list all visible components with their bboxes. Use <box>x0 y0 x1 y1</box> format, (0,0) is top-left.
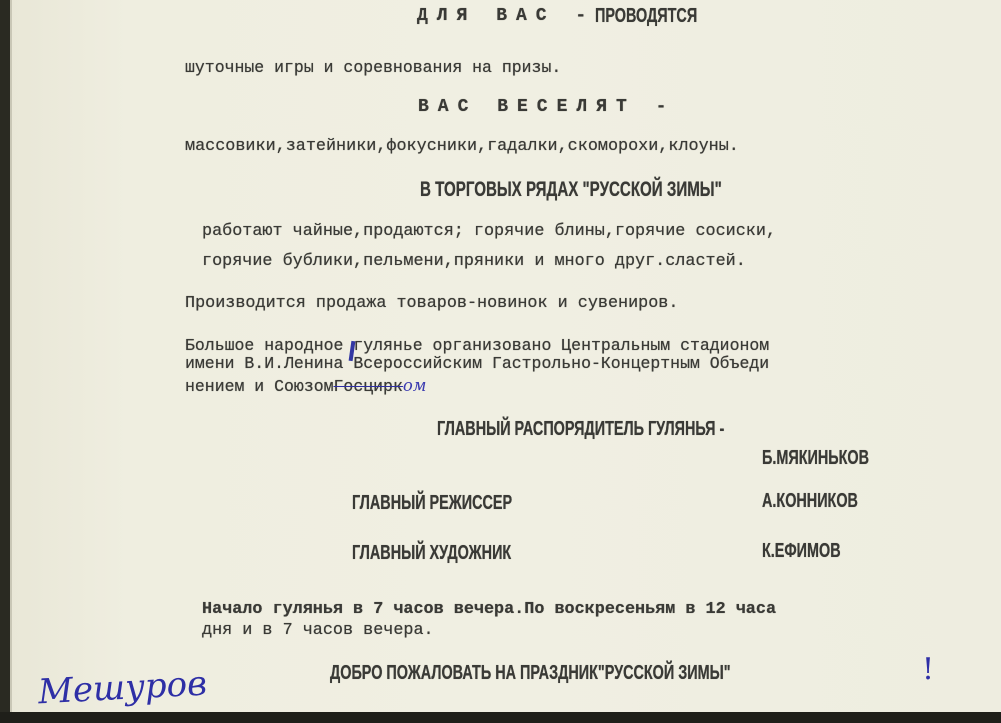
page-margin-edge <box>10 0 12 712</box>
chief-artist-name: К.ЕФИМОВ <box>762 540 841 563</box>
schedule-line-1: Начало гулянья в 7 часов вечера.По воскр… <box>202 600 776 619</box>
handwritten-signature: Мешуров <box>37 664 208 712</box>
games-line: шуточные игры и соревнования на призы. <box>185 58 561 77</box>
chief-director-title: ГЛАВНЫЙ РЕЖИССЕР <box>352 492 512 515</box>
food-line-1: работают чайные,продаются; горячие блины… <box>202 222 776 241</box>
entertainers-line: массовики,затейники,фокусники,гадалки,ск… <box>185 137 739 156</box>
chief-artist-title: ГЛАВНЫЙ ХУДОЖНИК <box>352 542 511 565</box>
chief-director-name: А.КОННИКОВ <box>762 490 858 513</box>
food-line-2: горячие бублики,пельмени,пряники и много… <box>202 252 746 271</box>
heading-entertain: ВАС ВЕСЕЛЯТ - <box>418 97 675 117</box>
heading-for-you: ДЛЯ ВАС - <box>417 6 595 26</box>
souvenirs-line: Производится продажа товаров-новинок и с… <box>185 294 678 313</box>
handwritten-correction: ом <box>403 376 427 395</box>
welcome-line: ДОБРО ПОЖАЛОВАТЬ НА ПРАЗДНИК"РУССКОЙ ЗИМ… <box>330 662 731 685</box>
heading-trade: В ТОРГОВЫХ РЯДАХ "РУССКОЙ ЗИМЫ" <box>420 178 722 202</box>
chief-steward-title: ГЛАВНЫЙ РАСПОРЯДИТЕЛЬ ГУЛЯНЬЯ - <box>437 418 724 441</box>
heading-held: ПРОВОДЯТСЯ <box>595 5 697 28</box>
struck-correction: Госцирк <box>334 377 403 396</box>
organized-line-3-text: нением и Союзом <box>185 377 334 396</box>
organized-line-3: нением и СоюзомГосцирком <box>185 378 426 395</box>
schedule-line-2: дня и в 7 часов вечера. <box>202 621 434 640</box>
handwritten-exclamation: ! <box>922 652 934 687</box>
organized-line-2: имени В.И.Ленина Всероссийским Гастрольн… <box>185 356 769 372</box>
organized-line-1: Большое народное гулянье организовано Це… <box>185 338 769 354</box>
document-page: ДЛЯ ВАС - ПРОВОДЯТСЯ шуточные игры и сор… <box>10 0 1001 712</box>
chief-steward-name: Б.МЯКИНЬКОВ <box>762 447 869 470</box>
scan-bottom-edge <box>0 712 1001 723</box>
